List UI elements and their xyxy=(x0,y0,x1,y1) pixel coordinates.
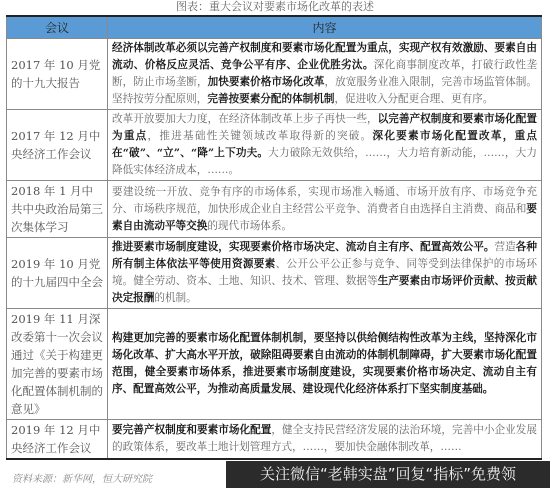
table-row: 2018 年 1 月中共中央政治局第三次集体学习要建设统一开放、竞争有序的市场体… xyxy=(7,181,542,238)
body-text: 健全劳动、资本、土地、知识、技术、管理、数据等 xyxy=(133,275,377,287)
body-text: 的现代市场体系。 xyxy=(207,220,292,232)
figure-caption: 图表：重大会议对要素市场化改革的表述 xyxy=(0,0,550,14)
table-row: 2019 年 10 月党的十九届四中全会推进要素市场制度建设，实现要素价格市场决… xyxy=(7,238,542,309)
emphasis-text: 构建更加完善的要素市场化配置体制机制，要坚持以供给侧结构性改革为主线，坚持深化市… xyxy=(112,332,537,395)
body-text: 营造 xyxy=(495,241,516,253)
meeting-cell: 2017 年 10 月党的十九大报告 xyxy=(7,39,108,110)
meeting-cell: 2019 年 12 月中央经济工作会议 xyxy=(7,420,108,460)
table-row: 2019 年 11 月深改委第十一次会议通过《关于构建更加完善的要素市场化配置体… xyxy=(7,309,542,420)
content-cell: 构建更加完善的要素市场化配置体制机制，要坚持以供给侧结构性改革为主线，坚持深化市… xyxy=(108,309,542,420)
emphasis-text: 推进要素市场制度建设，实现要素价格市场决定、流动自主有序、配置高效公平。 xyxy=(112,241,495,253)
emphasis-text: 完善按要素分配的体制机制 xyxy=(207,93,334,105)
meeting-cell: 2019 年 11 月深改委第十一次会议通过《关于构建更加完善的要素市场化配置体… xyxy=(7,309,108,420)
content-cell: 改革开放要加大力度，在经济体制改革上步子再快一些，以完善产权制度和要素市场化配置… xyxy=(108,110,542,181)
meetings-table: 会议 内容 2017 年 10 月党的十九大报告经济体制改革必须以完善产权制度和… xyxy=(6,15,542,460)
body-text: 改革开放要加大力度，在经济体制改革上步子再快一些， xyxy=(112,113,378,125)
source-note: 资料来源：新华网，恒大研究院 xyxy=(12,470,152,485)
header-content: 内容 xyxy=(108,16,542,39)
body-text: ，放宽服务业准入限制，完善市场监管体制。 xyxy=(325,76,537,88)
body-text: 坚持按劳分配原则， xyxy=(112,93,207,105)
meeting-cell: 2018 年 1 月中共中央政治局第三次集体学习 xyxy=(7,181,108,238)
body-text: ，推进基础性关键领域改革取得新的突破。 xyxy=(148,130,373,142)
wechat-banner[interactable]: 关注微信“老韩实盘”回复“指标”免费领 xyxy=(226,461,550,488)
content-cell: 要完善产权制度和要素市场化配置，健全支持民营经济发展的法治环境，完善中小企业发展… xyxy=(108,420,542,460)
body-text: ，促进收入分配更合理、更有序。 xyxy=(334,93,493,105)
content-cell: 要建设统一开放、竞争有序的市场体系，实现市场准入畅通、市场开放有序、市场竞争充分… xyxy=(108,181,542,238)
table-row: 2017 年 10 月党的十九大报告经济体制改革必须以完善产权制度和要素市场化配… xyxy=(7,39,542,110)
content-cell: 经济体制改革必须以完善产权制度和要素市场化配置为重点，实现产权有效激励、要素自由… xyxy=(108,39,542,110)
table-row: 2019 年 12 月中央经济工作会议要完善产权制度和要素市场化配置，健全支持民… xyxy=(7,420,542,460)
body-text: 的机制。 xyxy=(154,292,196,304)
emphasis-text: 加快要素价格市场化改革 xyxy=(208,76,325,88)
body-text: 要建设统一开放、竞争有序的市场体系，实现市场准入畅通、市场开放有序、市场竞争充分… xyxy=(112,186,537,215)
table-row: 2017 年 12 月中央经济工作会议改革开放要加大力度，在经济体制改革上步子再… xyxy=(7,110,542,181)
emphasis-text: 要完善产权制度和要素市场化配置 xyxy=(112,424,271,436)
meeting-cell: 2019 年 10 月党的十九届四中全会 xyxy=(7,238,108,309)
meeting-cell: 2017 年 12 月中央经济工作会议 xyxy=(7,110,108,181)
content-cell: 推进要素市场制度建设，实现要素价格市场决定、流动自主有序、配置高效公平。营造各种… xyxy=(108,238,542,309)
header-meeting: 会议 xyxy=(7,16,108,39)
